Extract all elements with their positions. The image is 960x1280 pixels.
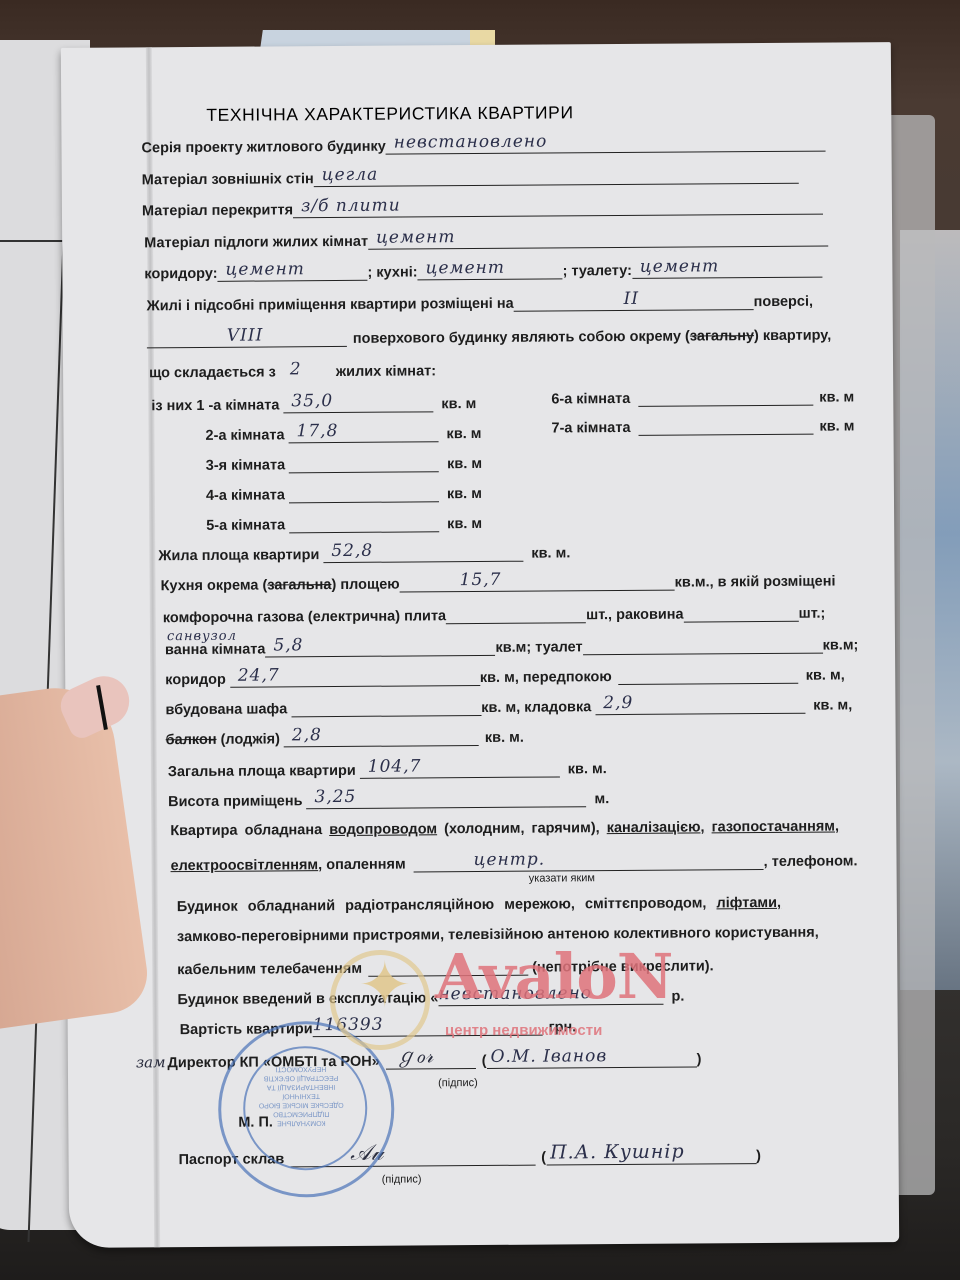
room-2: 2-а кімната 17,8 кв. м — [205, 423, 481, 444]
outer-walls-field[interactable]: цегла — [314, 165, 799, 187]
room-4: 4-а кімната кв. м — [206, 483, 482, 504]
director-signature-hint: (підпис) — [438, 1077, 478, 1089]
heating-field[interactable]: центр.указати яким — [414, 851, 764, 872]
room-7: 7-а кімната кв. м — [551, 415, 854, 436]
room-1-field[interactable]: 35,0 — [283, 393, 433, 413]
field-floor-rooms: коридору: цемент ; кухні: цемент ; туале… — [144, 259, 822, 283]
official-stamp: КОМУНАЛЬНЕ ПІДПРИЄМСТВО ОДЕСЬКЕ МІСЬКЕ Б… — [218, 1021, 395, 1198]
apartment-cost: Вартість квартири 116393 грн. — [180, 1016, 577, 1038]
toilet-field[interactable] — [583, 635, 823, 656]
director-name-field[interactable]: О.М. Іванов — [486, 1048, 696, 1068]
floor-slabs-field[interactable]: з/б плити — [293, 196, 823, 219]
balcony-field[interactable]: 2,8 — [284, 727, 479, 747]
ceiling-height: Висота приміщень 3,25 м. — [168, 788, 609, 810]
ceiling-height-field[interactable]: 3,25 — [306, 788, 586, 809]
project-series-field[interactable]: невстановлено — [386, 133, 826, 155]
building-line-1: Будинок обладнаний радіотрансляційною ме… — [177, 895, 781, 915]
corridor-field[interactable]: 24,7 — [230, 667, 480, 688]
living-floor-field[interactable]: цемент — [368, 228, 828, 250]
room-6-field[interactable] — [638, 387, 813, 407]
stove-field[interactable] — [446, 604, 586, 624]
stove-sink: комфорочна газова (електрична) плита шт.… — [163, 603, 826, 627]
field-outer-walls: Матеріал зовнішніх стін цегла — [142, 165, 799, 189]
building-line-3: кабельним телебаченням (непотрібне викре… — [177, 955, 714, 978]
floor-number-field[interactable]: II — [514, 291, 754, 312]
stamp-text: КОМУНАЛЬНЕ ПІДПРИЄМСТВО ОДЕСЬКЕ МІСЬКЕ Б… — [256, 1064, 346, 1128]
document-title: ТЕХНІЧНА ХАРАКТЕРИСТИКА КВАРТИРИ — [206, 102, 573, 126]
kitchen-area-field[interactable]: 15,7 — [400, 572, 675, 593]
total-area: Загальна площа квартири 104,7 кв. м. — [168, 758, 607, 780]
room-4-field[interactable] — [289, 483, 439, 503]
field-rooms-count: що складається з 2 жилих кімнат: — [149, 361, 436, 381]
field-building-floors: VIII поверхового будинку являють собою о… — [147, 325, 832, 349]
room-3: 3-я кімната кв. м — [206, 453, 482, 474]
room-7-field[interactable] — [638, 416, 813, 436]
corridor-area: коридор 24,7 кв. м, передпокою кв. м, — [165, 664, 845, 688]
field-floor-slabs: Матеріал перекриття з/б плити — [142, 196, 823, 220]
toilet-floor-field[interactable]: цемент — [632, 259, 822, 279]
bathroom-field[interactable]: 5,8 — [265, 637, 495, 658]
balcony-area: балкон (лоджія) 2,8 кв. м. — [166, 727, 524, 749]
passport-name-field[interactable]: П.А. Кушнір — [546, 1145, 756, 1165]
room-5-field[interactable] — [289, 513, 439, 533]
kitchen-area: Кухня окрема (загальна) площею 15,7 кв.м… — [161, 571, 836, 595]
cable-tv-field[interactable] — [368, 957, 528, 977]
passport-signature-hint: (підпис) — [382, 1173, 422, 1185]
director-signature-row: зам Директор КП «ОМБТІ та РОН» ℊℴ𝓇 ( О.М… — [136, 1048, 702, 1071]
kitchen-floor-field[interactable]: цемент — [417, 260, 562, 280]
total-area-field[interactable]: 104,7 — [360, 758, 560, 778]
sink-field[interactable] — [684, 603, 799, 623]
hallway-field[interactable] — [618, 665, 798, 685]
room-5: 5-а кімната кв. м — [206, 513, 482, 534]
living-area: Жила площа квартири 52,8 кв. м. — [158, 542, 570, 564]
commissioned-year: Будинок введений в експлуатацію « невста… — [177, 986, 684, 1009]
room-3-field[interactable] — [289, 453, 439, 473]
director-signature-field[interactable]: ℊℴ𝓇 — [386, 1050, 476, 1070]
bathroom-area: санвузолванна кімната 5,8 кв.м; туалет к… — [165, 634, 858, 658]
utilities-line-2: електроосвітленням, опаленням центр.указ… — [170, 850, 857, 874]
field-living-floor: Матеріал підлоги жилих кімнат цемент — [144, 228, 828, 252]
field-project-series: Серія проекту житлового будинку невстано… — [141, 133, 825, 157]
building-line-2: замково-переговірними пристроями, телеві… — [177, 925, 819, 945]
living-area-field[interactable]: 52,8 — [323, 543, 523, 563]
rooms-count-field[interactable]: 2 — [276, 362, 336, 380]
room-2-field[interactable]: 17,8 — [288, 423, 438, 443]
commissioned-field[interactable]: невстановлено — [438, 986, 663, 1007]
wardrobe-field[interactable] — [291, 697, 481, 717]
document-page: ТЕХНІЧНА ХАРАКТЕРИСТИКА КВАРТИРИ Серія п… — [61, 42, 899, 1248]
wardrobe-storage: вбудована шафа кв. м, кладовка 2,9 кв. м… — [165, 694, 852, 718]
building-floors-field[interactable]: VIII — [147, 328, 347, 348]
corridor-floor-field[interactable]: цемент — [217, 262, 367, 282]
room-1: із них 1 -а кімната 35,0 кв. м — [151, 393, 476, 414]
storage-field[interactable]: 2,9 — [595, 695, 805, 715]
field-floor-location: Жилі і підсобні приміщення квартири розм… — [147, 291, 814, 315]
bathroom-note: санвузол — [167, 629, 237, 644]
room-6: 6-а кімната кв. м — [551, 386, 854, 407]
utilities-line-1: Квартира обладнана водопроводом (холодни… — [170, 818, 839, 839]
